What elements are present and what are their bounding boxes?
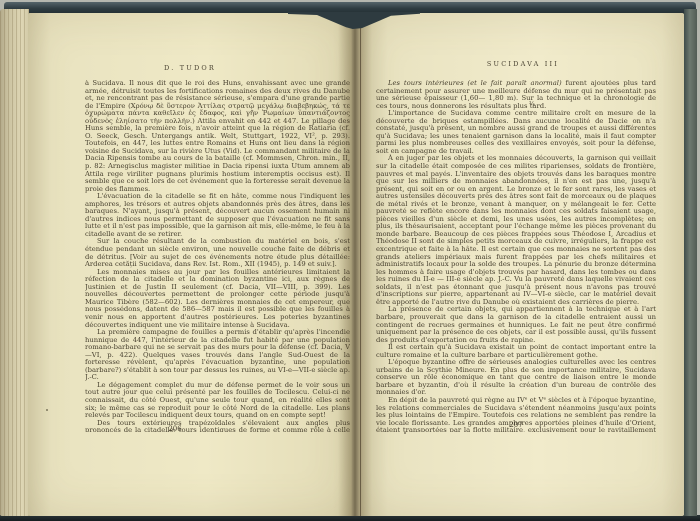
paragraph: Sur la couche résultant de la combustion… [85,238,350,268]
paragraph: La présence de certain objets, qui appar… [376,306,656,344]
paragraph: Les monnaies mises au jour par les fouil… [85,269,350,329]
paragraph: La première campagne de fouilles a permi… [85,329,350,382]
paragraph: à Sucidava. Il nous dit que le roi des H… [85,80,350,193]
paragraph: Le dégagement complet du mur de défense … [85,382,350,420]
paragraph: L'époque byzantine offre de sérieuses an… [376,359,656,397]
paper-speck [404,432,406,434]
paragraph: Les tours intérieures (et le fait paraît… [376,80,656,110]
open-book-photo: D. TUDOR à Sucidava. Il nous dit que le … [0,0,700,521]
running-header-right: SUCIDAVA III [362,60,684,68]
paragraph: L'évacuation de la citadelle se fit en h… [85,193,350,238]
paragraph: Il est certain qu'à Sucidava existait un… [376,344,656,359]
left-page: D. TUDOR à Sucidava. Il nous dit que le … [28,13,352,516]
gutter-fold-line [360,13,361,516]
book-cover-right-edge [684,9,697,516]
paragraph: L'importance de Sucidava comme centre mi… [376,110,656,155]
left-page-text: à Sucidava. Il nous dit que le roi des H… [85,80,350,432]
right-page-text: Les tours intérieures (et le fait paraît… [376,80,656,432]
paper-speck [46,409,48,411]
page-number-left: 206 [14,425,336,433]
page-number-right: 207 [362,421,670,429]
print-artifact-mark: ¾ [529,101,535,108]
right-page: SUCIDAVA III Les tours intérieures (et l… [362,13,684,516]
paragraph: À en juger par les objets et les monnaie… [376,155,656,306]
running-header-left: D. TUDOR [28,64,352,72]
page-fore-edge-stack [0,9,29,516]
